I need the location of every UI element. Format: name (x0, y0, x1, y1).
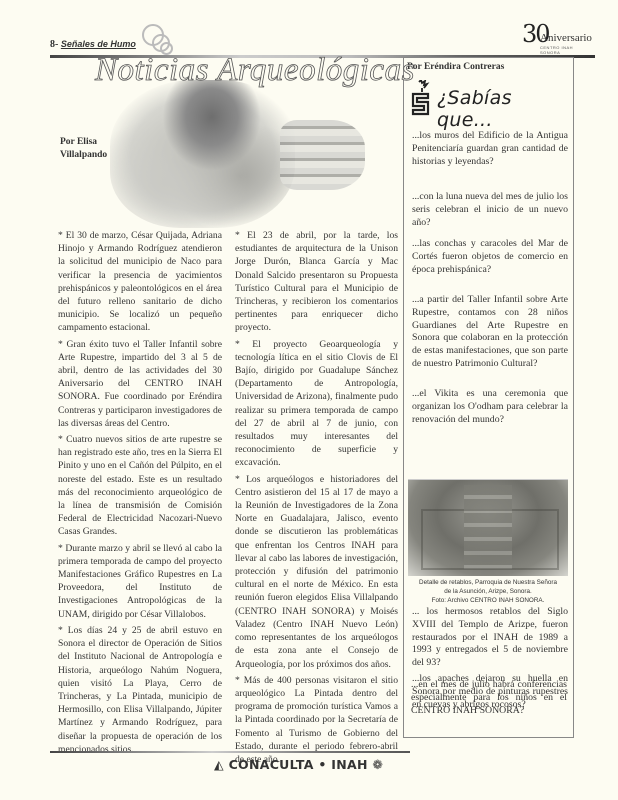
footer-logo: ◭ CONACULTA • INAH ❁ (214, 757, 383, 772)
news-item: * Los días 24 y 25 de abril estuvo en So… (58, 624, 222, 756)
article-column-1: * El 30 de marzo, César Quijada, Adriana… (58, 229, 222, 759)
caption-line: de la Asunción, Arizpe, Sonora. (408, 587, 568, 596)
footer-logo-text: CONACULTA • INAH (229, 757, 368, 772)
news-item: * El 30 de marzo, César Quijada, Adriana… (58, 229, 222, 335)
news-item: * Durante marzo y abril se llevó al cabo… (58, 542, 222, 621)
anniversary-logo: 30 Aniversario CENTRO INAH SONORA (522, 22, 592, 47)
footer-divider (50, 751, 410, 753)
caption-line: Foto: Archivo CENTRO INAH SONORA. (408, 596, 568, 605)
fact-item: ... los hermosos retablos del Siglo XVII… (412, 606, 568, 670)
anniversary-sub: CENTRO INAH SONORA (540, 45, 592, 55)
gears-logo-icon (138, 22, 174, 56)
page-number: 8- Señales de Humo (50, 39, 136, 50)
article-photo-detail (280, 120, 365, 190)
fact-item: ...el Vikita es una ceremonia que organi… (412, 388, 568, 426)
fact-item: ...a partir del Taller Infantil sobre Ar… (412, 294, 568, 371)
anniversary-word: Aniversario (540, 32, 592, 44)
fact-item: ...los muros del Edificio de la Antigua … (412, 130, 568, 168)
inah-mark-icon: ❁ (372, 757, 383, 772)
fact-item: ...en el mes de julio habrá conferencias… (411, 679, 567, 717)
conaculta-mark-icon: ◭ (214, 757, 224, 772)
retablo-photo (408, 479, 568, 576)
article-byline: Por Elisa Villalpando (60, 136, 107, 162)
magazine-name: Señales de Humo (61, 39, 136, 49)
article-column-2: * El 23 de abril, por la tarde, los estu… (235, 229, 398, 769)
news-item: * Gran éxito tuvo el Taller Infantil sob… (58, 338, 222, 430)
sidebar-title: ¿Sabías que... (437, 87, 573, 131)
fact-item: ...con la luna nueva del mes de julio lo… (412, 191, 568, 229)
caption-line: Detalle de retablos, Parroquia de Nuestr… (408, 578, 568, 587)
news-item: * Los arqueólogos e historiadores del Ce… (235, 473, 398, 671)
article-photo (110, 80, 295, 228)
byline-line-1: Por Elisa (60, 136, 107, 149)
byline-line-2: Villalpando (60, 149, 107, 162)
news-item: * El 23 de abril, por la tarde, los estu… (235, 229, 398, 335)
article-title: Noticias Arqueológicas (95, 52, 415, 89)
news-item: * El proyecto Geoarqueología y tecnologí… (235, 338, 398, 470)
news-item: * Cuatro nuevos sitios de arte rupestre … (58, 433, 222, 539)
sidebar-byline: Por Eréndira Contreras (407, 62, 504, 72)
sabias-que-sidebar: Por Eréndira Contreras ¿Sabías que... ..… (403, 57, 574, 738)
photo-caption: Detalle de retablos, Parroquia de Nuestr… (408, 578, 568, 605)
page-number-text: 8- (50, 39, 58, 50)
fact-item: ...las conchas y caracoles del Mar de Co… (412, 238, 568, 276)
